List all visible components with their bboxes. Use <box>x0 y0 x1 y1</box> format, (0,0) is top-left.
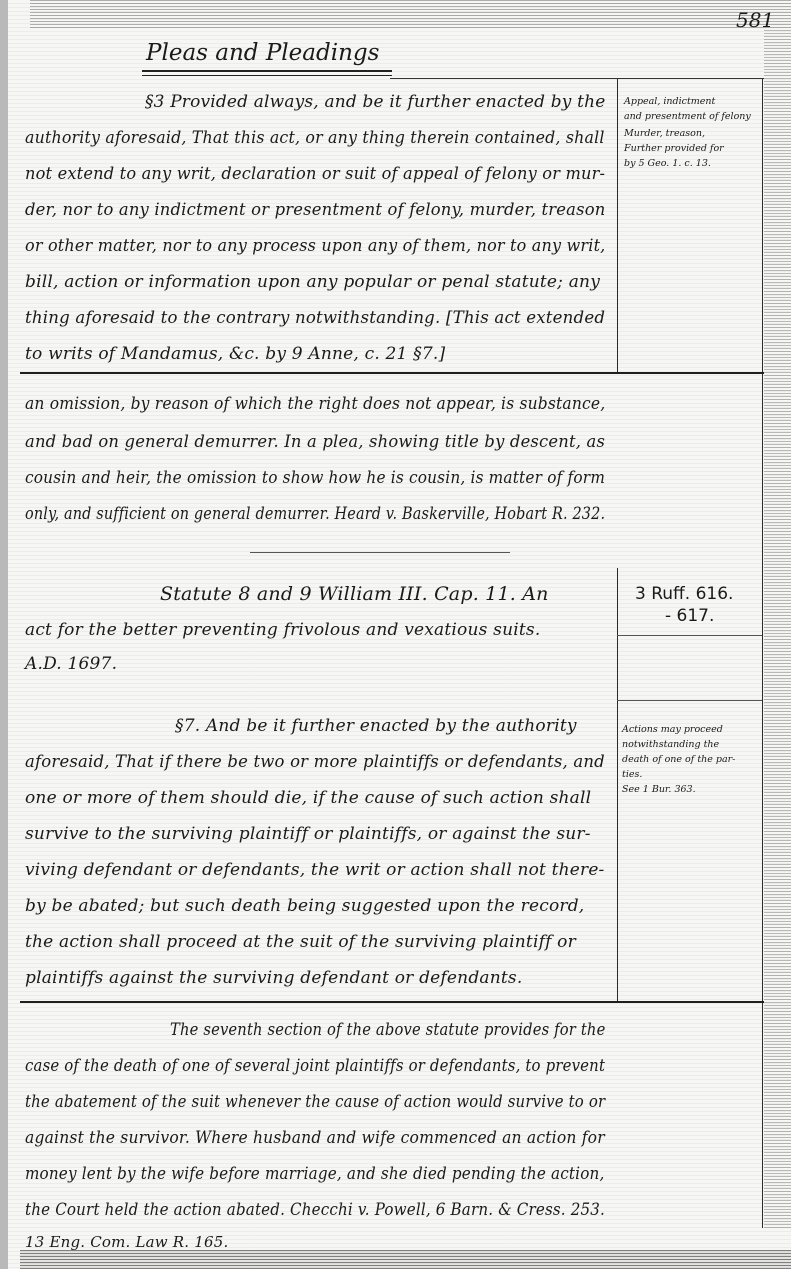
text-line: not extend to any writ, declaration or s… <box>25 154 605 194</box>
section-divider <box>250 552 510 553</box>
text-line: authority aforesaid, That this act, or a… <box>25 118 605 158</box>
margin-ref-line: 3 Ruff. 616. <box>635 583 733 605</box>
text-line: the action shall proceed at the suit of … <box>25 922 576 962</box>
margin-divider <box>617 635 762 636</box>
text-line: §7. And be it further enacted by the aut… <box>175 706 577 746</box>
page-number: 581 <box>736 8 774 32</box>
text-line: thing aforesaid to the contrary notwiths… <box>25 298 605 338</box>
scan-noise-right <box>764 30 791 1230</box>
scan-edge <box>0 0 8 1269</box>
margin-note-line: Further provided for <box>624 141 724 156</box>
text-line: against the survivor. Where husband and … <box>25 1118 605 1158</box>
text-line: money lent by the wife before marriage, … <box>25 1154 604 1194</box>
text-line: case of the death of one of several join… <box>25 1046 605 1086</box>
margin-note-line: Murder, treason, <box>624 126 705 141</box>
text-line: one or more of them should die, if the c… <box>25 778 591 818</box>
text-line: only, and sufficient on general demurrer… <box>25 494 605 534</box>
text-line: aforesaid, That if there be two or more … <box>25 742 605 782</box>
margin-note-line: See 1 Bur. 363. <box>622 782 696 797</box>
margin-note-line: death of one of the par- <box>622 752 735 767</box>
text-line: viving defendant or defendants, the writ… <box>25 850 604 890</box>
manuscript-page: 581 Pleas and Pleadings §3 Provided alwa… <box>0 0 791 1269</box>
text-line: survive to the surviving plaintiff or pl… <box>25 814 591 854</box>
text-line: by be abated; but such death being sugge… <box>25 886 584 926</box>
margin-note-line: Appeal, indictment <box>624 94 715 109</box>
margin-note-line: by 5 Geo. 1. c. 13. <box>624 156 711 171</box>
text-line: bill, action or information upon any pop… <box>25 262 600 302</box>
text-line: an omission, by reason of which the righ… <box>25 384 605 424</box>
section-divider <box>20 1001 764 1003</box>
margin-note-line: Actions may proceed <box>622 722 723 737</box>
text-line: The seventh section of the above statute… <box>170 1010 605 1050</box>
title-underline <box>142 75 392 76</box>
text-line: §3 Provided always, and be it further en… <box>145 82 605 122</box>
margin-column-left-rule <box>617 78 618 372</box>
margin-column-left-rule <box>617 568 618 1001</box>
text-line: or other matter, nor to any process upon… <box>25 226 605 266</box>
text-line: and bad on general demurrer. In a plea, … <box>25 422 605 462</box>
title-underline <box>142 70 392 72</box>
text-line: the abatement of the suit whenever the c… <box>25 1082 605 1122</box>
margin-ref-line: - 617. <box>665 605 714 627</box>
scan-noise-top <box>30 0 791 28</box>
margin-note-line: and presentment of felony <box>624 109 751 124</box>
text-line: plaintiffs against the surviving defenda… <box>25 958 522 998</box>
text-line: A.D. 1697. <box>25 644 117 684</box>
margin-note-line: notwithstanding the <box>622 737 719 752</box>
margin-note-line: ties. <box>622 767 642 782</box>
page-title: Pleas and Pleadings <box>146 40 379 66</box>
text-line: cousin and heir, the omission to show ho… <box>25 458 605 498</box>
text-line: to writs of Mandamus, &c. by 9 Anne, c. … <box>25 334 445 374</box>
margin-divider <box>617 700 762 701</box>
margin-column-right-rule <box>762 78 763 1228</box>
text-line: der, nor to any indictment or presentmen… <box>25 190 605 230</box>
scan-noise-bottom <box>20 1250 791 1269</box>
title-rule <box>390 78 764 79</box>
statute-heading: Statute 8 and 9 William III. Cap. 11. An <box>160 574 549 614</box>
